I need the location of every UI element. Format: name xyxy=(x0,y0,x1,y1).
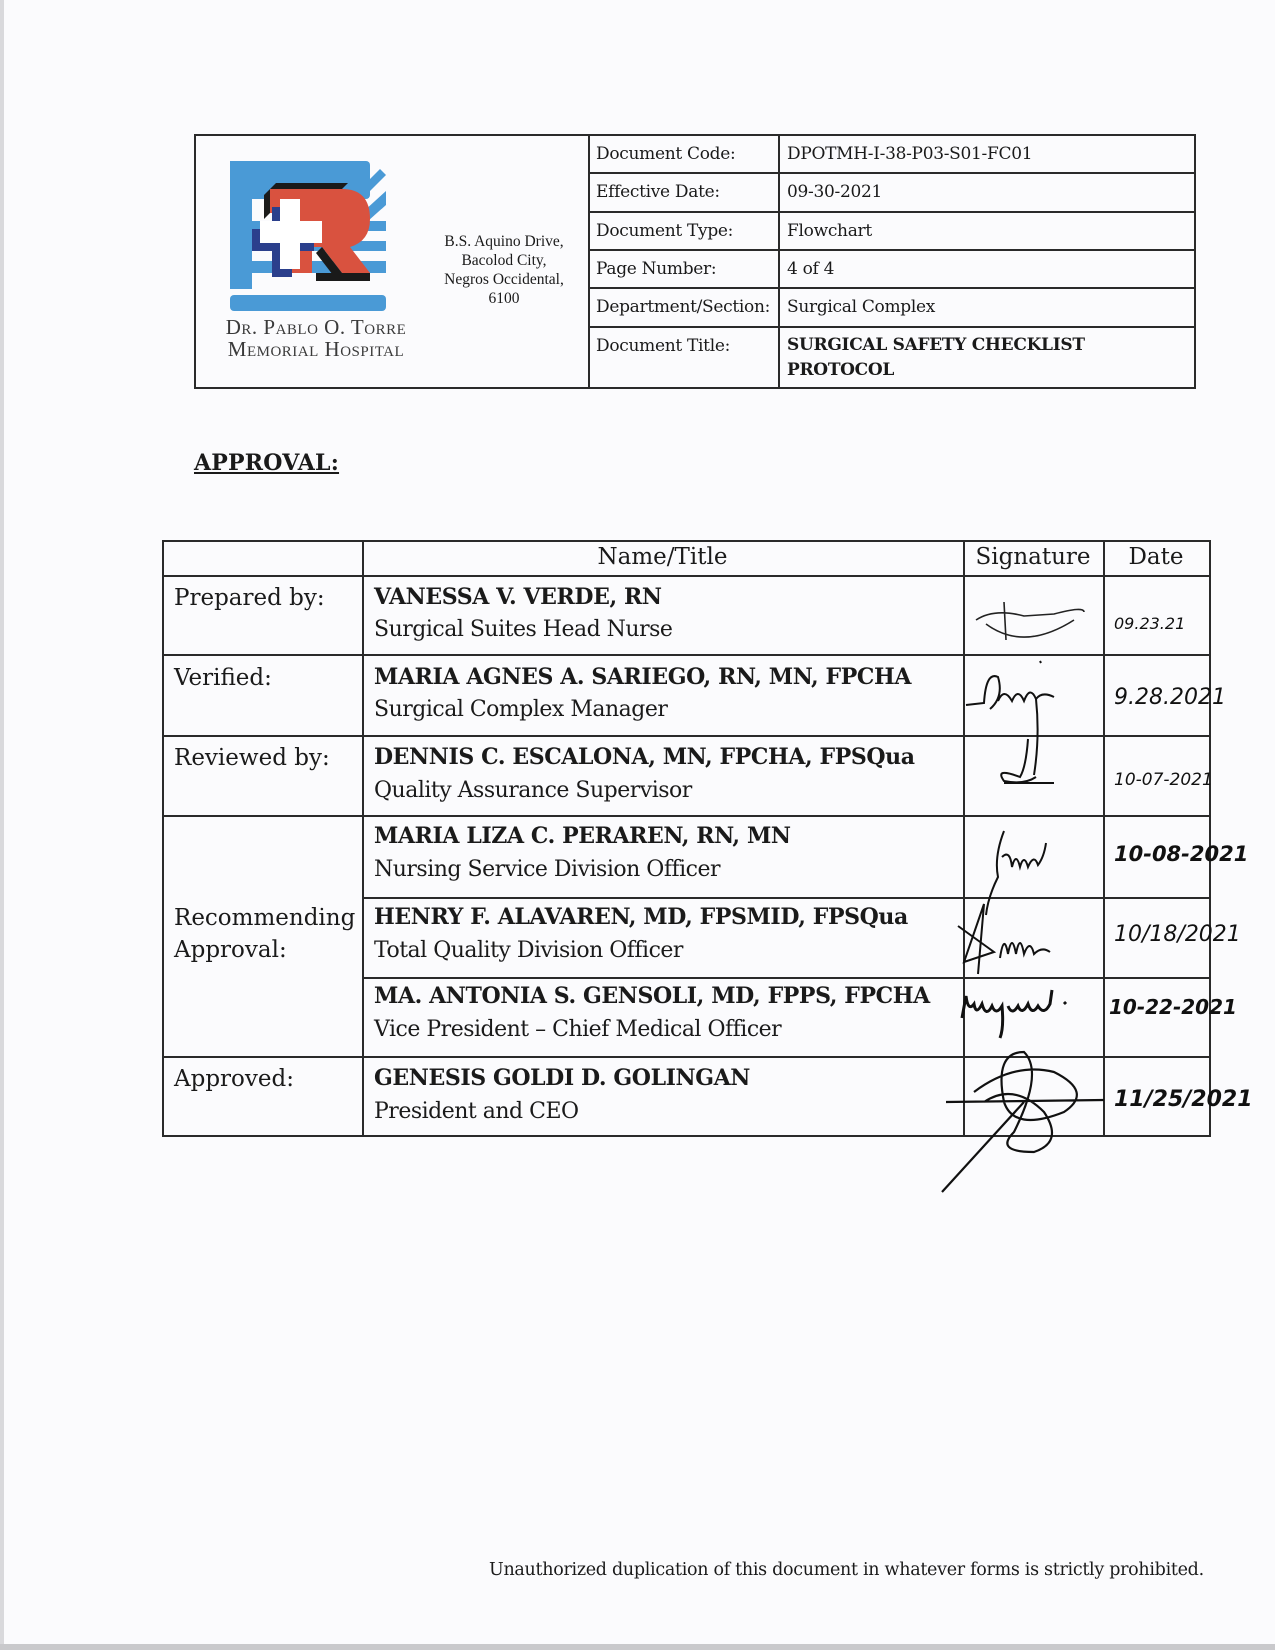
row-divider xyxy=(164,815,1209,817)
approver-name: VANESSA V. VERDE, RN xyxy=(374,584,662,610)
meta-row-document-title: Document Title: SURGICAL SAFETY CHECKLIS… xyxy=(590,328,1194,387)
role-verified: Verified: xyxy=(174,662,272,694)
hospital-name: Dr. Pablo O. Torre Memorial Hospital xyxy=(206,316,426,360)
approver-name: MARIA LIZA C. PERAREN, RN, MN xyxy=(374,823,791,849)
column-header-name-title: Name/Title xyxy=(362,544,963,570)
role-approved: Approved: xyxy=(174,1063,294,1095)
approval-date: 10/18/2021 xyxy=(1114,922,1214,947)
role-recommending-approval: Recommending Approval: xyxy=(174,902,355,966)
approval-date: 11/25/2021 xyxy=(1114,1087,1214,1112)
role-reviewed: Reviewed by: xyxy=(174,742,330,774)
approval-date: 10-22-2021 xyxy=(1109,995,1239,1019)
document-header: Dr. Pablo O. Torre Memorial Hospital B.S… xyxy=(194,134,1196,389)
column-header-signature: Signature xyxy=(963,544,1103,570)
scan-edge-bottom xyxy=(0,1644,1275,1650)
approver-name: GENESIS GOLDI D. GOLINGAN xyxy=(374,1065,750,1091)
signature-mark xyxy=(964,582,1104,656)
approver-title: Nursing Service Division Officer xyxy=(374,857,720,882)
approval-date: 10-08-2021 xyxy=(1114,842,1214,866)
signature-icon xyxy=(954,1042,1114,1192)
meta-row-document-type: Document Type: Flowchart xyxy=(590,213,1194,251)
column-header-date: Date xyxy=(1103,544,1209,570)
meta-row-page-number: Page Number: 4 of 4 xyxy=(590,251,1194,289)
row-divider xyxy=(164,575,1209,577)
signature-icon xyxy=(964,902,1104,982)
meta-row-department: Department/Section: Surgical Complex xyxy=(590,289,1194,328)
approver-name: HENRY F. ALAVAREN, MD, FPSMID, FPSQua xyxy=(374,904,908,930)
role-prepared: Prepared by: xyxy=(174,582,325,614)
approver-name: MA. ANTONIA S. GENSOLI, MD, FPPS, FPCHA xyxy=(374,983,930,1009)
approver-title: Total Quality Division Officer xyxy=(374,938,683,963)
approval-date: 9.28.2021 xyxy=(1114,685,1214,710)
approval-heading: APPROVAL: xyxy=(194,450,339,476)
hospital-identity: Dr. Pablo O. Torre Memorial Hospital B.S… xyxy=(196,136,590,387)
signature-icon xyxy=(964,582,1104,652)
approval-date: 09.23.21 xyxy=(1114,614,1214,633)
approver-title: Quality Assurance Supervisor xyxy=(374,778,692,803)
approval-table: Name/Title Signature Date Prepared by: V… xyxy=(162,540,1211,1137)
signature-mark xyxy=(964,902,1104,986)
approver-title: Vice President – Chief Medical Officer xyxy=(374,1017,781,1042)
approver-title: Surgical Suites Head Nurse xyxy=(374,617,672,642)
approver-name: DENNIS C. ESCALONA, MN, FPCHA, FPSQua xyxy=(374,744,915,770)
meta-row-document-code: Document Code: DPOTMH-I-38-P03-S01-FC01 xyxy=(590,136,1194,174)
document-metadata-table: Document Code: DPOTMH-I-38-P03-S01-FC01 … xyxy=(590,136,1194,387)
signature-icon xyxy=(960,982,1120,1032)
document-title: SURGICAL SAFETY CHECKLIST PROTOCOL xyxy=(787,333,1085,383)
approval-date: 10-07-2021 xyxy=(1114,770,1214,790)
signature-icon xyxy=(964,737,1104,797)
approver-name: MARIA AGNES A. SARIEGO, RN, MN, FPCHA xyxy=(374,664,911,690)
hospital-address: B.S. Aquino Drive, Bacolod City, Negros … xyxy=(424,232,584,308)
footer-notice: Unauthorized duplication of this documen… xyxy=(489,1560,1204,1580)
hospital-cross-r-logo-icon xyxy=(230,161,386,313)
approver-title: Surgical Complex Manager xyxy=(374,697,667,722)
signature-mark xyxy=(960,982,1100,1036)
scan-edge-left xyxy=(0,0,4,1650)
meta-row-effective-date: Effective Date: 09-30-2021 xyxy=(590,174,1194,213)
approver-title: President and CEO xyxy=(374,1099,579,1124)
col-divider-name xyxy=(362,542,364,1135)
signature-mark xyxy=(954,1042,1094,1196)
signature-mark xyxy=(964,737,1104,801)
